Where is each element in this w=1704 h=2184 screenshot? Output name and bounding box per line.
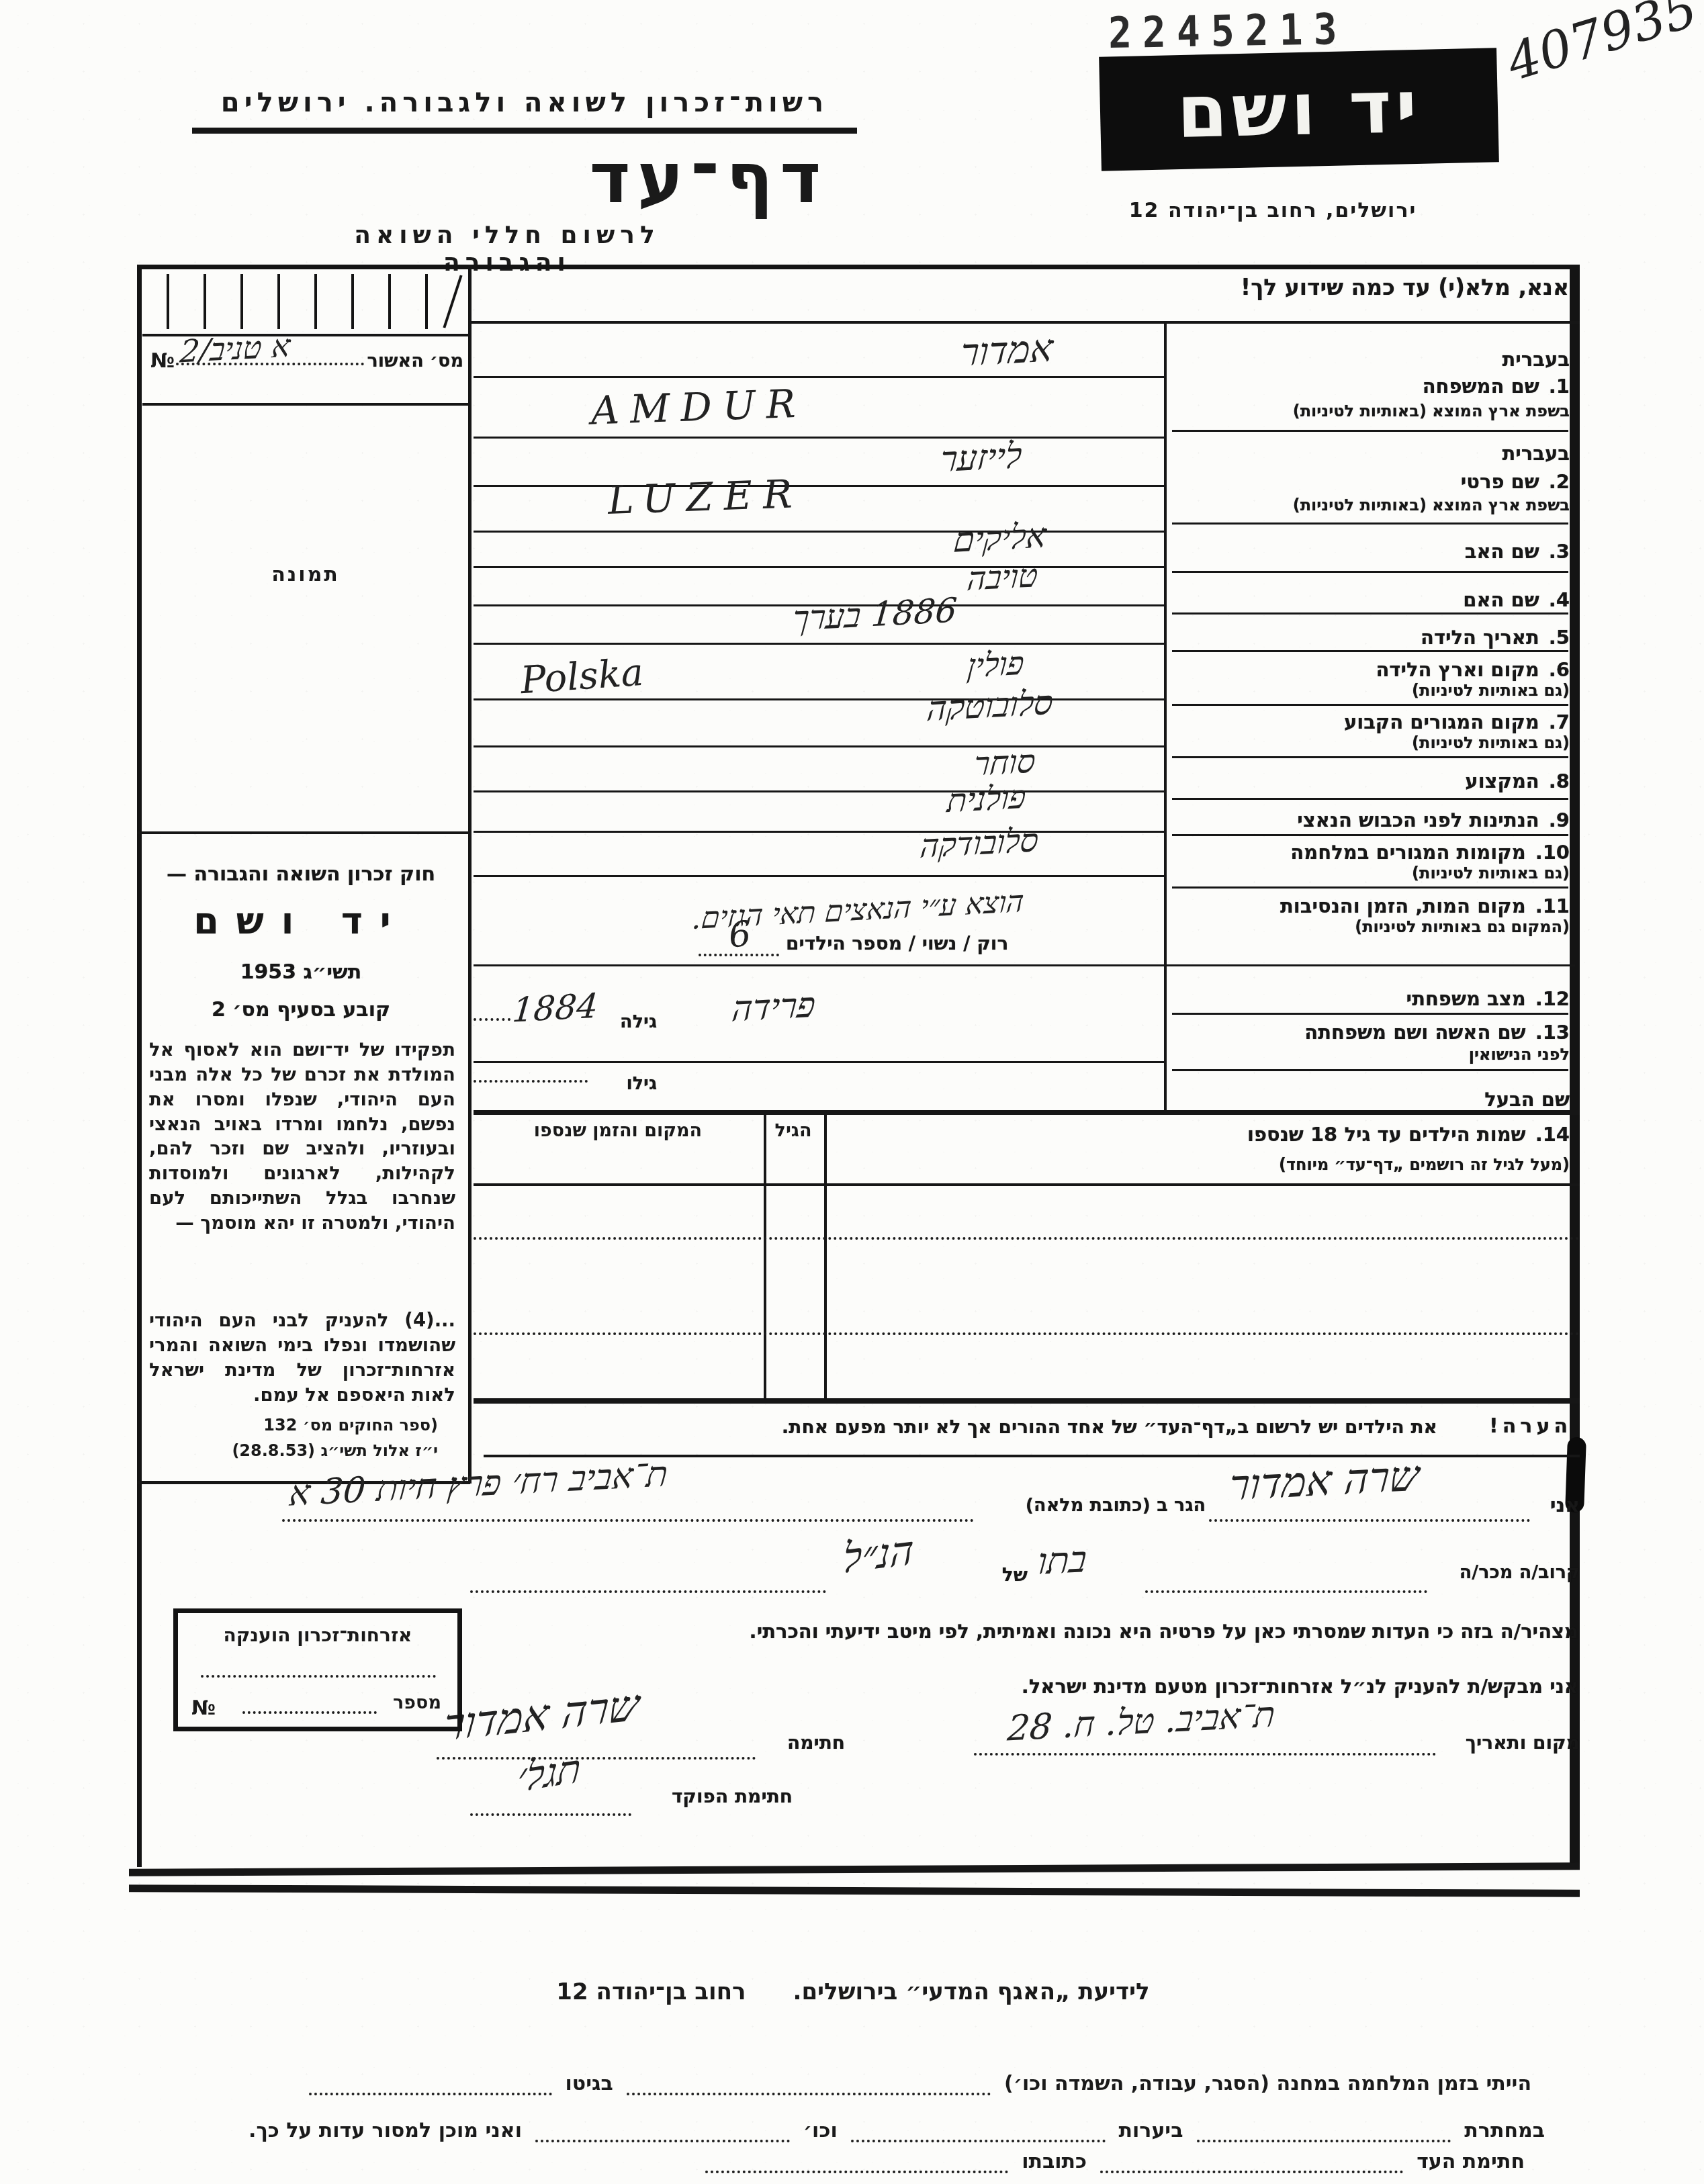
ruler-tick [240, 274, 243, 329]
field-6-number: .6 [1549, 658, 1570, 681]
witness-signature-label: חתימת העד [1417, 2150, 1525, 2173]
field-4-label: .4שם האם [1172, 588, 1570, 611]
law-clause4-text: ...(4) להעניק לבני העם היהודי שהושמדו ונ… [149, 1308, 455, 1407]
place-date-dotted-line [974, 1753, 1436, 1756]
write-line [474, 790, 1164, 792]
law-reference-2: י״ז אלול תשי״ג (28.8.53) [149, 1441, 438, 1460]
underground-answer-dotted-line [1197, 2117, 1451, 2142]
field-2-sublabel: בשפת ארץ המוצא (באותיות לטיניות) [1172, 496, 1570, 514]
field-8-number: .8 [1549, 770, 1570, 792]
profession-handwritten: סוחר [973, 742, 1037, 783]
field-1-number: .1 [1549, 375, 1570, 398]
law-yad-vashem-name: יד ושם [146, 900, 455, 942]
wife-age-handwritten: 1884 [511, 986, 600, 1030]
field-14-sublabel: (מעל לגיל זה רושמים „דף־עד״ מיוחד) [836, 1155, 1570, 1174]
intro-row-rule [470, 321, 1580, 324]
wartime-residence-handwritten: סלובודקה [919, 821, 1040, 866]
forests-label: ביערות [1119, 2119, 1183, 2142]
field-6-sublabel: (גם באותיות לטיניות) [1172, 681, 1570, 700]
mother-name-handwritten: טויבה [966, 557, 1040, 598]
of-whom-handwritten: הנ״ל [842, 1527, 915, 1583]
note-text: את הילדים יש לרשום ב„דף־העד״ של אחד ההור… [524, 1416, 1437, 1438]
label-separator [1172, 834, 1568, 836]
declarant-name-dotted-line [1209, 1519, 1530, 1522]
handwritten-file-number: 407935 [1500, 0, 1703, 92]
of-whom-dotted-line [470, 1590, 826, 1593]
field-12-number: .12 [1535, 987, 1570, 1010]
field-14-label: .14שמות הילדים עד גיל 18 שנספו [836, 1123, 1570, 1146]
war-camp-question-row: הייתי בזמן המלחמה במחנה (הסגר, עבודה, הש… [309, 2070, 1531, 2095]
ruler-tick [167, 274, 169, 329]
fill-in-instruction: אנא, מלא(י) עד כמה שידוע לך! [1169, 274, 1569, 300]
label-separator [1172, 704, 1568, 706]
field-3-label-text: שם האב [1465, 540, 1539, 563]
field-10-number: .10 [1535, 841, 1570, 864]
her-age-label: גילה [596, 1011, 657, 1032]
field-1-sublabel: בשפת ארץ המוצא (באותיות לטיניות) [1172, 402, 1570, 420]
memorial-citizenship-box: אזרחות־זכרון הוענקה מספר № [173, 1608, 462, 1731]
husband-name-label: שם הבעל [1172, 1088, 1570, 1111]
field-2-label-text: שם פרטי [1461, 470, 1539, 493]
ruler-tick [388, 274, 391, 329]
witness-address-label: כתובתו [1022, 2150, 1087, 2173]
field-5-number: .5 [1549, 626, 1570, 649]
birth-country-latin-handwritten: Polska [519, 651, 645, 703]
write-line [474, 566, 1164, 568]
field-9-label-text: הנתינות לפני הכבוש הנאצי [1297, 809, 1539, 831]
memorial-number-label: מספר [393, 1692, 441, 1713]
field-1-hebrew-label: בעברית [1172, 348, 1570, 371]
camp-answer-dotted-line [627, 2070, 991, 2095]
science-branch-heading: לידיעת „האגף המדעי״ בירושלים. רחוב בן־יה… [282, 1978, 1424, 2005]
law-heading: חוק זכרון השואה והגבורה — [146, 862, 455, 886]
birth-country-hebrew-handwritten: פולין [966, 645, 1026, 686]
field-14-label-text: שמות הילדים עד גיל 18 שנספו [1247, 1123, 1526, 1146]
his-age-dotted-line [474, 1080, 588, 1083]
field-14-number: .14 [1535, 1123, 1570, 1146]
yad-vashem-logo-stamp: יד ושם [1099, 48, 1499, 171]
forests-answer-dotted-line [851, 2117, 1106, 2142]
relation-dotted-line [1145, 1590, 1427, 1593]
note-title: הערה! [1451, 1414, 1572, 1438]
write-line [474, 485, 1164, 487]
field-5-label: .5תאריך הלידה [1172, 626, 1570, 649]
page-of-testimony-scan: רשות־זכרון לשואה ולגבורה. ירושלים דף־עד … [0, 0, 1704, 2184]
field-12-label-text: מצב משפחתי [1406, 987, 1526, 1010]
official-signature-dotted-line [470, 1813, 631, 1816]
field-7-sublabel: (גם באותיות לטיניות) [1172, 733, 1570, 752]
declarant-address-dotted-line [282, 1519, 974, 1522]
field-6-label-text: מקום וארץ הלידה [1376, 658, 1539, 681]
field-11-number: .11 [1535, 895, 1570, 917]
ready-to-testify-label: ואני מוכן למסור עדות על כך. [249, 2119, 522, 2142]
field-3-label: .3שם האב [1172, 540, 1570, 563]
declarant-i-label: אני [1533, 1494, 1580, 1517]
numero-sign: № [150, 349, 175, 373]
witness-address-dotted-line [705, 2148, 1008, 2173]
children-table-dotted-row [474, 1332, 1580, 1335]
label-separator [1172, 756, 1568, 758]
memorial-numero-sign: № [191, 1696, 216, 1720]
label-separator [1172, 571, 1568, 573]
field-5-label-text: תאריך הלידה [1421, 626, 1539, 649]
field-10-sublabel: (גם באותיות לטיניות) [1172, 864, 1570, 882]
heavy-rule-bottom [129, 1884, 1580, 1897]
of-label: של [974, 1563, 1028, 1586]
field-13-label: .13שם האשה ושם משפחתה [1172, 1021, 1570, 1044]
science-branch-heading-address: רחוב בן־יהודה 12 [556, 1978, 746, 2005]
label-separator [1172, 886, 1568, 889]
label-separator [1172, 798, 1568, 800]
field-10-label-text: מקומות המגורים במלחמה [1290, 841, 1525, 864]
form-title: דף־עד [578, 137, 840, 219]
left-column-divider [468, 265, 472, 1484]
residing-at-label: הגר ב (כתובת מלאה) [977, 1495, 1206, 1516]
label-separator [1172, 430, 1568, 432]
field-4-number: .4 [1549, 588, 1570, 611]
certificate-number-label: מס׳ האשור [363, 351, 463, 371]
authority-name: רשות־זכרון לשואה ולגבורה. ירושלים [192, 87, 857, 118]
law-clause-line: קובע בסעיף מס׳ 2 [146, 998, 455, 1021]
ruler-tick [351, 274, 354, 329]
citizenship-handwritten: פולנית [946, 778, 1028, 820]
field-10-label: .10מקומות המגורים במלחמה [1172, 841, 1570, 864]
field-13-number: .13 [1535, 1021, 1570, 1044]
declaration-request: אני מבקש/ת להעניק לנ״ל אזרחות־זכרון מטעם… [873, 1675, 1578, 1698]
his-age-label: גילו [596, 1073, 657, 1094]
relation-value-handwritten: בתו [1036, 1538, 1088, 1583]
photo-placeholder-label: תמונה [255, 563, 356, 586]
children-table-top-rule [474, 1110, 1580, 1115]
field-8-label: .8המקצוע [1172, 770, 1570, 792]
underground-label: במחתרת [1464, 2119, 1545, 2142]
children-table-place-header: המקום והזמן שנספו [484, 1120, 752, 1141]
her-age-dotted-line [474, 1018, 510, 1021]
certificate-row-rule [142, 403, 469, 406]
write-line [474, 437, 1164, 439]
field-2-number: .2 [1549, 470, 1570, 493]
law-body-text: תפקידו של יד־ושם הוא לאסוף אל המולדת את … [149, 1038, 455, 1236]
field-8-label-text: המקצוע [1465, 770, 1539, 792]
label-separator [1172, 612, 1568, 615]
camp-question-label: הייתי בזמן המלחמה במחנה (הסגר, עבודה, הש… [1004, 2072, 1531, 2095]
witness-signature-row: חתימת העד כתובתו [705, 2148, 1525, 2173]
field-3-number: .3 [1549, 540, 1570, 563]
write-line [474, 531, 1164, 533]
label-separator [1172, 1013, 1568, 1015]
write-line [474, 643, 1164, 645]
field-9-label: .9הנתינות לפני הכבוש הנאצי [1172, 809, 1570, 831]
place-date-label: מקום ותאריך [1437, 1731, 1580, 1754]
etc-label: וכו׳ [803, 2119, 838, 2142]
write-line [474, 875, 1164, 877]
relation-label: קרוב/ה מכר/ה [1429, 1562, 1580, 1583]
ghetto-label: בגיטו [566, 2072, 613, 2095]
father-name-handwritten: אליקים [952, 516, 1048, 560]
underground-question-row: במחתרת ביערות וכו׳ ואני מוכן למסור עדות … [249, 2117, 1545, 2142]
etc-answer-dotted-line [535, 2117, 790, 2142]
field-11-label-text: מקום המות, הזמן והנסיבות [1280, 895, 1526, 917]
declaration-statement: מצהיר/ה בזה כי העדות שמסרתי כאן על פרטיה… [376, 1620, 1578, 1643]
official-signature-label: חתימת הפוקד [638, 1785, 793, 1807]
ruler-tick [277, 274, 280, 329]
field-12-top-rule [474, 964, 1575, 966]
children-table-row-rule [474, 1183, 1580, 1186]
office-address: ירושלים, רחוב בן־יהודה 12 [1115, 199, 1431, 222]
firstname-latin-handwritten: LUZER [607, 471, 804, 523]
children-table-divider-2 [824, 1115, 827, 1400]
field-2-label: .2שם פרטי [1172, 470, 1570, 493]
surname-hebrew-handwritten: אמדור [958, 326, 1055, 375]
write-line [474, 1061, 1164, 1063]
field-9-number: .9 [1549, 809, 1570, 831]
photo-sidebar-divider [137, 831, 470, 834]
field-12-label: .12מצב משפחתי [1172, 987, 1570, 1010]
logo-text: יד ושם [1176, 64, 1422, 154]
write-line [474, 745, 1164, 747]
field-13-label-text: שם האשה ושם משפחתה [1304, 1021, 1525, 1044]
label-separator [1172, 1069, 1568, 1071]
write-line [474, 831, 1164, 833]
firstname-hebrew-handwritten: לייזער [938, 436, 1023, 481]
field-2-hebrew-label: בעברית [1172, 442, 1570, 465]
field-7-label-text: מקום המגורים הקבוע [1344, 711, 1539, 733]
header-rule [192, 128, 857, 134]
field-11-label: .11מקום המות, הזמן והנסיבות [1172, 895, 1570, 917]
ruler-tick [425, 274, 428, 329]
science-branch-heading-text: לידיעת „האגף המדעי״ בירושלים. [793, 1978, 1150, 2005]
children-table-age-header: הגיל [762, 1120, 824, 1141]
field-13-sublabel: לפני הנישואין [1172, 1045, 1570, 1064]
children-table-divider-1 [764, 1115, 766, 1400]
stamped-serial-number: 2245213 [1108, 3, 1348, 58]
field-11-sublabel: (המקום גם באותיות לטיניות) [1172, 917, 1570, 936]
memorial-number-dotted-line [242, 1711, 377, 1714]
field-6-label: .6מקום וארץ הלידה [1172, 658, 1570, 681]
field-1-label-text: שם המשפחה [1423, 375, 1539, 398]
signature-label: חתימה [758, 1731, 845, 1754]
ghetto-answer-dotted-line [309, 2070, 552, 2095]
memorial-dotted-line [201, 1675, 436, 1678]
children-count-handwritten: 6 [727, 914, 752, 956]
label-column-divider [1164, 321, 1167, 1110]
certificate-number-handwritten: א טניב/2 [179, 328, 292, 370]
field-4-label-text: שם האם [1463, 588, 1539, 611]
law-year: תשי״ג 1953 [146, 960, 455, 984]
wife-name-handwritten: פרידה [730, 985, 817, 1030]
law-reference-1: (ספר החוקים מס׳ 132 [149, 1416, 438, 1435]
label-separator [1172, 650, 1568, 652]
signature-dotted-line [437, 1757, 756, 1760]
memorial-granted-label: אזרחות־זכרון הוענקה [178, 1624, 457, 1646]
field-7-label: .7מקום המגורים הקבוע [1172, 711, 1570, 733]
children-table-dotted-row [474, 1237, 1580, 1240]
ruler-tick [314, 274, 317, 329]
residence-handwritten: סלובוטקה [926, 683, 1055, 729]
write-line [474, 376, 1164, 378]
field-7-number: .7 [1549, 711, 1570, 733]
ruler-tick [204, 274, 206, 329]
marital-status-options: רוק / נשוי / מספר הילדים [786, 932, 1095, 954]
field-1-label: .1שם המשפחה [1172, 375, 1570, 398]
label-separator [1172, 522, 1568, 525]
witness-signature-dotted-line [1100, 2148, 1403, 2173]
children-table-bottom-rule [474, 1398, 1580, 1404]
surname-latin-handwritten: AMDUR [590, 380, 807, 433]
declarant-name-handwritten: שרה אמדור [1227, 1451, 1421, 1510]
